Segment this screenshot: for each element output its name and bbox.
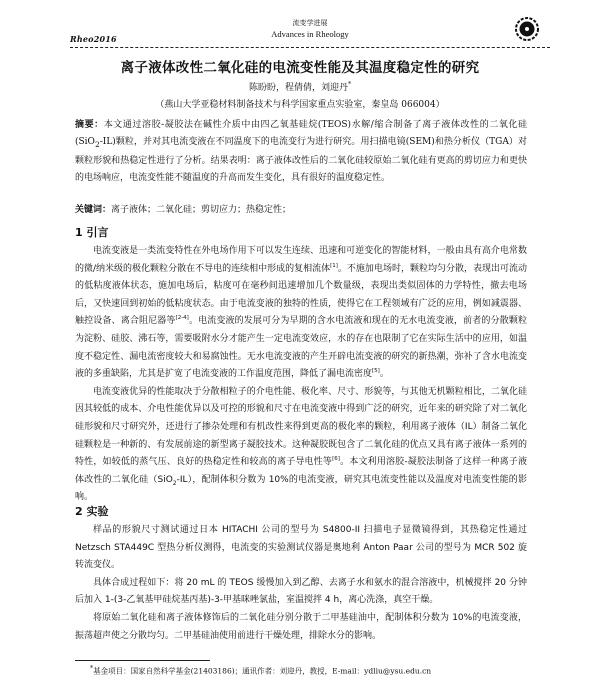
footnote-rule: [75, 660, 210, 661]
citation: [1]: [330, 263, 338, 269]
paragraph-text: 。: [380, 369, 389, 379]
authors: 陈盼盼，程倩倩，刘迎丹*: [0, 80, 600, 93]
paragraph: 电流变液是一类流变特性在外电场作用下可以发生连续、迅速和可逆变化的智能材料，一般…: [75, 243, 527, 384]
journal-logo-icon: [514, 16, 540, 42]
journal-name-cn: 流变学进展: [70, 18, 550, 29]
author-names: 陈盼盼，程倩倩，刘迎丹: [249, 83, 348, 93]
section-heading-introduction: 1 引言: [75, 224, 108, 240]
paragraph: 将原始二氧化硅和离子液体修饰后的二氧化硅分别分散于二甲基硅油中，配制体积分数为 …: [75, 610, 527, 645]
journal-name: 流变学进展 Advances in Rheology: [70, 18, 550, 40]
footnote-text: 基金项目：国家自然科学基金(21403186)；通讯作者：刘迎丹，教授，E-ma…: [93, 667, 431, 676]
affiliation: （燕山大学亚稳材料制备技术与科学国家重点实验室，秦皇岛 066004）: [0, 97, 600, 110]
section-introduction-body: 电流变液是一类流变特性在外电场作用下可以发生连续、迅速和可逆变化的智能材料，一般…: [75, 243, 527, 507]
journal-name-en: Advances in Rheology: [70, 29, 550, 40]
paragraph: 样品的形貌尺寸测试通过日本 HITACHI 公司的型号为 S4800-II 扫描…: [75, 522, 527, 575]
abstract-text-2: -IL)颗粒，并对其电流变液在不同温度下的电流变行为进行研究。用扫描电镜(SEM…: [75, 137, 527, 183]
section-experiment-body: 样品的形貌尺寸测试通过日本 HITACHI 公司的型号为 S4800-II 扫描…: [75, 522, 527, 645]
paper-title: 离子液体改性二氧化硅的电流变性能及其温度稳定性的研究: [0, 56, 600, 76]
citation: [5]: [372, 368, 380, 374]
abstract: 摘要：本文通过溶胶-凝胶法在碱性介质中由四乙氧基硅烷(TEOS)水解/缩合制备了…: [75, 117, 527, 187]
paragraph-text: 电流变液优异的性能取决于分散相粒子的介电性能、极化率、尺寸、形貌等，与其他无机颗…: [75, 387, 527, 467]
keywords-label: 关键词：: [75, 205, 111, 215]
abstract-label: 摘要：: [75, 120, 104, 130]
corresponding-mark: *: [348, 81, 351, 88]
footnote: *基金项目：国家自然科学基金(21403186)；通讯作者：刘迎丹，教授，E-m…: [90, 665, 431, 677]
running-header: Rheo2016 流变学进展 Advances in Rheology: [70, 14, 550, 50]
citation: [6]: [332, 456, 340, 462]
section-heading-experiment: 2 实验: [75, 503, 108, 519]
citation: [2-4]: [176, 315, 189, 321]
keywords: 关键词：离子液体；二氧化硅；剪切应力；热稳定性；: [75, 202, 527, 215]
paragraph: 具体合成过程如下：将 20 mL 的 TEOS 缓慢加入到乙醇、去离子水和氨水的…: [75, 575, 527, 610]
header-rule: [70, 47, 550, 48]
paragraph: 电流变液优异的性能取决于分散相粒子的介电性能、极化率、尺寸、形貌等，与其他无机颗…: [75, 384, 527, 507]
keywords-text: 离子液体；二氧化硅；剪切应力；热稳定性；: [111, 205, 291, 215]
